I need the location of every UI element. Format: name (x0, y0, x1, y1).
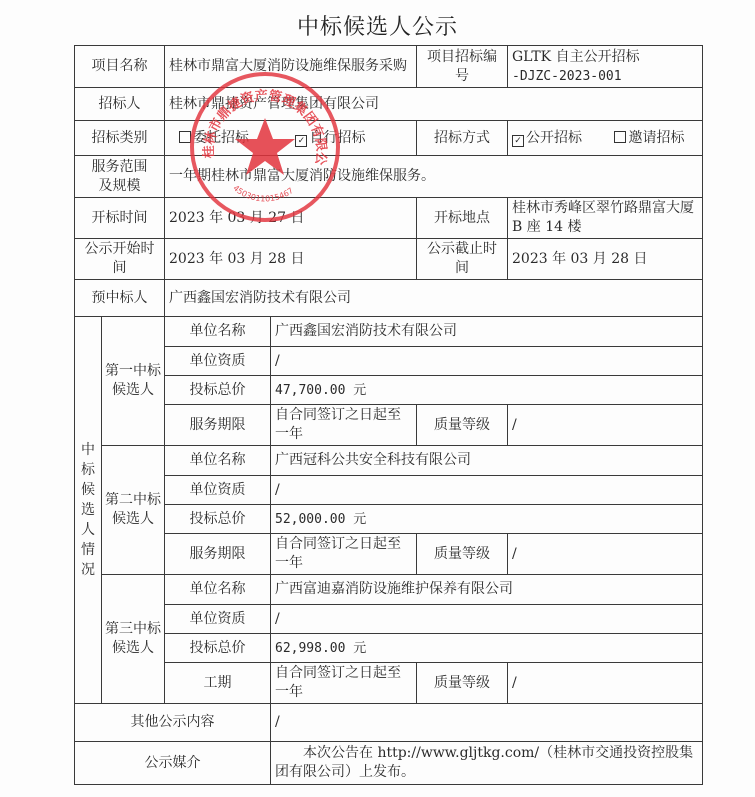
pre-winner-value: 广西鑫国宏消防技术有限公司 (165, 280, 703, 317)
project-code-label: 项目招标编号 (417, 46, 508, 88)
candidate-2-price-label: 投标总价 (165, 505, 271, 534)
media-value: 本次公告在 http://www.gljtkg.com/（桂林市交通投资控股集团… (271, 742, 703, 785)
row-scope: 服务范围 及规模 一年期桂林市鼎富大厦消防设施维保服务。 (75, 156, 703, 198)
other-value: / (271, 704, 703, 742)
candidate-3-price-value: 62,998.00 元 (271, 634, 703, 663)
candidate-1-qual-row: 单位资质 / (75, 347, 703, 376)
candidate-2-qual-label: 单位资质 (165, 476, 271, 505)
checkbox-unchecked-icon[interactable] (179, 131, 191, 143)
candidate-1-rank: 第一中标候选人 (102, 317, 165, 446)
candidate-1-name-label: 单位名称 (165, 317, 271, 347)
row-tender-type: 招标类别 委托招标 ✓自行招标 招标方式 ✓公开招标 邀请招标 (75, 121, 703, 156)
candidate-1-qual-value: / (271, 347, 703, 376)
media-label: 公示媒介 (75, 742, 271, 785)
candidates-section-label-text: 中标候选人情况 (81, 440, 95, 580)
candidate-2-name-row: 第二中标候选人 单位名称 广西冠科公共安全科技有限公司 (75, 446, 703, 476)
opening-time-value: 2023 年 03 月 27 日 (165, 198, 417, 239)
opening-place-value: 桂林市秀峰区翠竹路鼎富大厦 B 座 14 楼 (508, 198, 703, 239)
publicity-start-value: 2023 年 03 月 28 日 (165, 239, 417, 280)
candidate-3-name-label: 单位名称 (165, 575, 271, 605)
tenderer-value: 桂林市鼎捷资产管理集团有限公司 (165, 88, 703, 121)
pre-winner-label: 预中标人 (75, 280, 165, 317)
opening-time-label: 开标时间 (75, 198, 165, 239)
candidate-3-qual-label: 单位资质 (165, 605, 271, 634)
tenderer-label: 招标人 (75, 88, 165, 121)
candidate-3-name-row: 第三中标候选人 单位名称 广西富迪嘉消防设施维护保养有限公司 (75, 575, 703, 605)
candidate-3-qual-row: 单位资质 / (75, 605, 703, 634)
row-project: 项目名称 桂林市鼎富大厦消防设施维保服务采购 项目招标编号 GLTK 自主公开招… (75, 46, 703, 88)
candidate-1-period-row: 服务期限 自合同签订之日起至一年 质量等级 / (75, 405, 703, 446)
checkbox-unchecked-icon[interactable] (614, 131, 626, 143)
option-invited[interactable]: 邀请招标 (614, 130, 684, 146)
candidate-2-quality-value: / (508, 534, 703, 575)
candidate-2-name-label: 单位名称 (165, 446, 271, 476)
other-label: 其他公示内容 (75, 704, 271, 742)
checkbox-checked-icon[interactable]: ✓ (512, 135, 524, 147)
candidate-2-period-row: 服务期限 自合同签订之日起至一年 质量等级 / (75, 534, 703, 575)
candidate-2-rank: 第二中标候选人 (102, 446, 165, 575)
candidate-1-period-value: 自合同签订之日起至一年 (271, 405, 417, 446)
candidate-2-period-label: 服务期限 (165, 534, 271, 575)
candidate-3-name-value: 广西富迪嘉消防设施维护保养有限公司 (271, 575, 703, 605)
candidates-section-label: 中标候选人情况 (75, 317, 102, 704)
candidate-2-price-value: 52,000.00 元 (271, 505, 703, 534)
tender-type-options: 委托招标 ✓自行招标 (165, 121, 417, 156)
scope-value: 一年期桂林市鼎富大厦消防设施维保服务。 (165, 156, 703, 198)
tender-method-options: ✓公开招标 邀请招标 (508, 121, 703, 156)
candidate-1-quality-value: / (508, 405, 703, 446)
checkbox-checked-icon[interactable]: ✓ (295, 135, 307, 147)
candidate-1-price-value: 47,700.00 元 (271, 376, 703, 405)
candidate-1-qual-label: 单位资质 (165, 347, 271, 376)
candidate-1-name-value: 广西鑫国宏消防技术有限公司 (271, 317, 703, 347)
candidate-3-period-value: 自合同签订之日起至一年 (271, 663, 417, 704)
option-open[interactable]: ✓公开招标 (512, 130, 586, 146)
candidate-2-name-value: 广西冠科公共安全科技有限公司 (271, 446, 703, 476)
candidate-1-quality-label: 质量等级 (417, 405, 508, 446)
candidate-3-price-row: 投标总价 62,998.00 元 (75, 634, 703, 663)
row-other: 其他公示内容 / (75, 704, 703, 742)
project-name-value: 桂林市鼎富大厦消防设施维保服务采购 (165, 46, 417, 88)
candidate-3-period-label: 工期 (165, 663, 271, 704)
option-entrusted[interactable]: 委托招标 (179, 130, 253, 146)
candidate-3-period-row: 工期 自合同签订之日起至一年 质量等级 / (75, 663, 703, 704)
row-media: 公示媒介 本次公告在 http://www.gljtkg.com/（桂林市交通投… (75, 742, 703, 785)
row-publicity: 公示开始时间 2023 年 03 月 28 日 公示截止时间 2023 年 03… (75, 239, 703, 280)
candidate-3-price-label: 投标总价 (165, 634, 271, 663)
candidate-1-price-label: 投标总价 (165, 376, 271, 405)
project-code-line1: GLTK 自主公开招标 (512, 48, 698, 67)
row-tenderer: 招标人 桂林市鼎捷资产管理集团有限公司 (75, 88, 703, 121)
project-code-line2: -DJZC-2023-001 (512, 67, 698, 86)
candidate-3-qual-value: / (271, 605, 703, 634)
candidate-2-qual-row: 单位资质 / (75, 476, 703, 505)
candidate-1-period-label: 服务期限 (165, 405, 271, 446)
candidate-3-rank: 第三中标候选人 (102, 575, 165, 704)
tender-type-label: 招标类别 (75, 121, 165, 156)
candidate-2-quality-label: 质量等级 (417, 534, 508, 575)
row-opening: 开标时间 2023 年 03 月 27 日 开标地点 桂林市秀峰区翠竹路鼎富大厦… (75, 198, 703, 239)
publicity-end-label: 公示截止时间 (417, 239, 508, 280)
opening-place-label: 开标地点 (417, 198, 508, 239)
tender-method-label: 招标方式 (417, 121, 508, 156)
candidate-2-qual-value: / (271, 476, 703, 505)
publicity-start-label: 公示开始时间 (75, 239, 165, 280)
page-title: 中标候选人公示 (0, 10, 755, 41)
candidate-2-price-row: 投标总价 52,000.00 元 (75, 505, 703, 534)
project-code-value: GLTK 自主公开招标 -DJZC-2023-001 (508, 46, 703, 88)
candidate-1-name-row: 中标候选人情况 第一中标候选人 单位名称 广西鑫国宏消防技术有限公司 (75, 317, 703, 347)
candidate-3-quality-label: 质量等级 (417, 663, 508, 704)
row-pre-winner: 预中标人 广西鑫国宏消防技术有限公司 (75, 280, 703, 317)
scope-label: 服务范围 及规模 (75, 156, 165, 198)
candidate-2-period-value: 自合同签订之日起至一年 (271, 534, 417, 575)
project-name-label: 项目名称 (75, 46, 165, 88)
publicity-end-value: 2023 年 03 月 28 日 (508, 239, 703, 280)
candidate-1-price-row: 投标总价 47,700.00 元 (75, 376, 703, 405)
announcement-table: 项目名称 桂林市鼎富大厦消防设施维保服务采购 项目招标编号 GLTK 自主公开招… (74, 45, 703, 785)
candidate-3-quality-value: / (508, 663, 703, 704)
option-self[interactable]: ✓自行招标 (295, 130, 365, 146)
